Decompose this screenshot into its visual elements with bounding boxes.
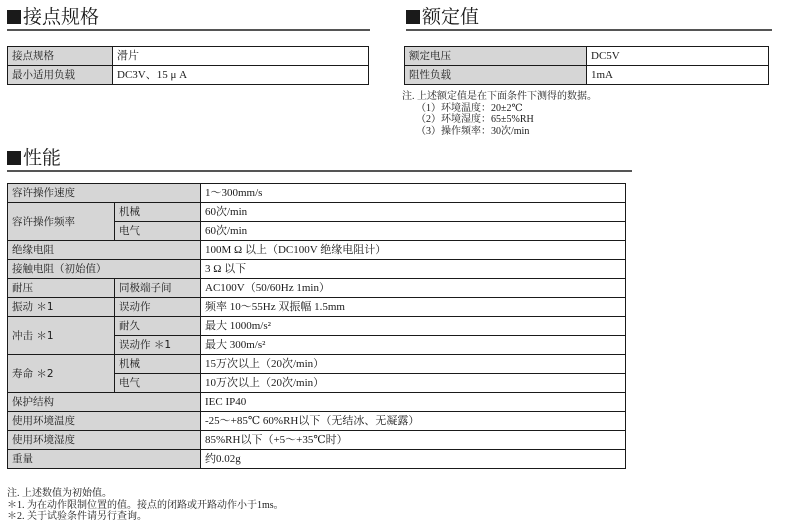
contact-spec-table: 接点规格 滑片 最小适用负载 DC3V、15 μ A [7, 46, 369, 85]
row-value: 85%RH以下（+5～+35℃时） [201, 431, 626, 450]
section-title-rating: 额定值 [406, 6, 479, 28]
row-value: 60次/min [201, 222, 626, 241]
section-divider [7, 29, 370, 31]
row-label: 寿命 ＊2 [8, 355, 115, 393]
table-row: 阻性负载 1mA [405, 66, 769, 85]
section-title-text: 额定值 [422, 6, 479, 28]
table-row: 最小适用负载 DC3V、15 μ A [8, 66, 369, 85]
row-value: 约0.02g [201, 450, 626, 469]
row-value: -25～+85℃ 60%RH以下（无结冰、无凝露） [201, 412, 626, 431]
section-divider [7, 170, 632, 172]
rating-notes: 注. 上述额定值是在下面条件下测得的数据。 （1）环境温度：20±2℃ （2）环… [402, 91, 597, 137]
note-line: （2）环境湿度：65±5%RH [402, 114, 597, 126]
row-value: 最大 300m/s² [201, 336, 626, 355]
note-line: ＊1. 为在动作限制位置的值。接点的闭路或开路动作小于1ms。 [7, 500, 284, 512]
row-sublabel: 误动作 ＊1 [115, 336, 201, 355]
section-divider [406, 29, 772, 31]
row-value: 1～300mm/s [201, 184, 626, 203]
table-row: 振动 ＊1 误动作 频率 10～55Hz 双振幅 1.5mm [8, 298, 626, 317]
row-value: 100M Ω 以上（DC100V 绝缘电阻计） [201, 241, 626, 260]
table-row: 容许操作频率 机械 60次/min [8, 203, 626, 222]
row-value: 1mA [587, 66, 769, 85]
row-label: 容许操作频率 [8, 203, 115, 241]
row-label: 使用环境湿度 [8, 431, 201, 450]
row-label: 使用环境温度 [8, 412, 201, 431]
square-bullet-icon [406, 10, 420, 24]
note-line: （3）操作频率：30次/min [402, 126, 597, 138]
square-bullet-icon [7, 151, 21, 165]
row-sublabel: 误动作 [115, 298, 201, 317]
row-value: 3 Ω 以下 [201, 260, 626, 279]
square-bullet-icon [7, 10, 21, 24]
note-line: 注. 上述数值为初始值。 [7, 488, 284, 500]
row-value: DC5V [587, 47, 769, 66]
section-title-contact-spec: 接点规格 [7, 6, 99, 28]
table-row: 使用环境温度 -25～+85℃ 60%RH以下（无结冰、无凝露） [8, 412, 626, 431]
row-label: 冲击 ＊1 [8, 317, 115, 355]
row-sublabel: 电气 [115, 222, 201, 241]
row-label: 耐压 [8, 279, 115, 298]
row-label: 重量 [8, 450, 201, 469]
row-value: 频率 10～55Hz 双振幅 1.5mm [201, 298, 626, 317]
performance-table: 容许操作速度 1～300mm/s 容许操作频率 机械 60次/min 电气 60… [7, 183, 626, 469]
row-value: 60次/min [201, 203, 626, 222]
row-sublabel: 电气 [115, 374, 201, 393]
table-row: 寿命 ＊2 机械 15万次以上（20次/min） [8, 355, 626, 374]
table-row: 冲击 ＊1 耐久 最大 1000m/s² [8, 317, 626, 336]
row-sublabel: 同极端子间 [115, 279, 201, 298]
row-label: 阻性负载 [405, 66, 587, 85]
note-line: （1）环境温度：20±2℃ [402, 103, 597, 115]
table-row: 额定电压 DC5V [405, 47, 769, 66]
row-value: 10万次以上（20次/min） [201, 374, 626, 393]
note-line: ＊2. 关于试验条件请另行查询。 [7, 511, 284, 523]
row-value: 最大 1000m/s² [201, 317, 626, 336]
section-title-text: 性能 [23, 147, 61, 169]
table-row: 耐压 同极端子间 AC100V（50/60Hz 1min） [8, 279, 626, 298]
row-value: AC100V（50/60Hz 1min） [201, 279, 626, 298]
performance-notes: 注. 上述数值为初始值。 ＊1. 为在动作限制位置的值。接点的闭路或开路动作小于… [7, 488, 284, 523]
row-value: IEC IP40 [201, 393, 626, 412]
rating-table: 额定电压 DC5V 阻性负载 1mA [404, 46, 769, 85]
row-sublabel: 机械 [115, 203, 201, 222]
row-sublabel: 耐久 [115, 317, 201, 336]
row-label: 绝缘电阻 [8, 241, 201, 260]
row-label: 接点规格 [8, 47, 113, 66]
row-sublabel: 机械 [115, 355, 201, 374]
table-row: 重量 约0.02g [8, 450, 626, 469]
table-row: 接点规格 滑片 [8, 47, 369, 66]
table-row: 绝缘电阻 100M Ω 以上（DC100V 绝缘电阻计） [8, 241, 626, 260]
table-row: 容许操作速度 1～300mm/s [8, 184, 626, 203]
row-label: 振动 ＊1 [8, 298, 115, 317]
section-title-performance: 性能 [7, 147, 61, 169]
section-title-text: 接点规格 [23, 6, 99, 28]
row-label: 最小适用负载 [8, 66, 113, 85]
row-label: 保护结构 [8, 393, 201, 412]
table-row: 保护结构 IEC IP40 [8, 393, 626, 412]
row-label: 接触电阻（初始值） [8, 260, 201, 279]
table-row: 接触电阻（初始值） 3 Ω 以下 [8, 260, 626, 279]
row-value: DC3V、15 μ A [113, 66, 369, 85]
table-row: 使用环境湿度 85%RH以下（+5～+35℃时） [8, 431, 626, 450]
note-line: 注. 上述额定值是在下面条件下测得的数据。 [402, 91, 597, 103]
row-label: 容许操作速度 [8, 184, 201, 203]
row-value: 滑片 [113, 47, 369, 66]
row-value: 15万次以上（20次/min） [201, 355, 626, 374]
row-label: 额定电压 [405, 47, 587, 66]
